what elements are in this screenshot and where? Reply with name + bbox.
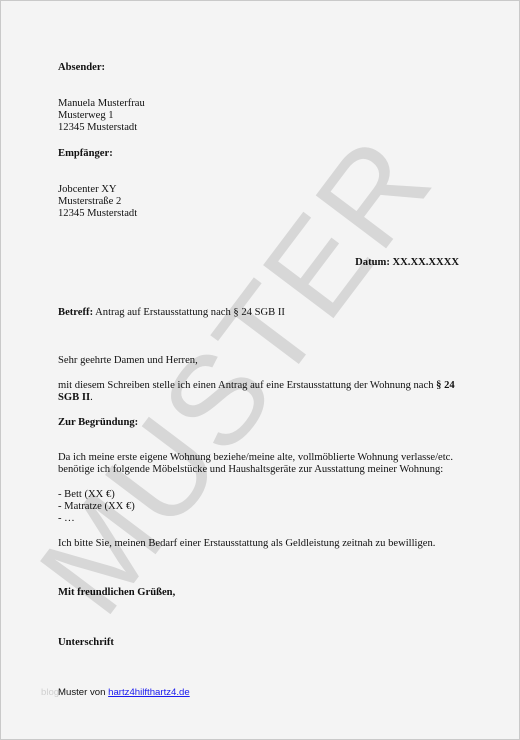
date-line: Datum: XX.XX.XXXX [355, 257, 459, 270]
sender-city: 12345 Musterstadt [58, 122, 137, 135]
sender-street: Musterweg 1 [58, 110, 114, 123]
intro-line-1: mit diesem Schreiben stelle ich einen An… [58, 380, 455, 393]
letter-page: MUSTER Absender: Manuela Musterfrau Must… [0, 0, 520, 740]
signature-label: Unterschrift [58, 637, 114, 650]
footer-credit: Muster von hartz4hilfthartz4.de [58, 687, 190, 700]
list-item: - Bett (XX €) [58, 489, 115, 502]
footer-prefix: Muster von [58, 687, 108, 698]
intro-line-2: SGB II. [58, 392, 93, 405]
reason-heading: Zur Begründung: [58, 417, 138, 430]
letter-content: Absender: Manuela Musterfrau Musterweg 1… [1, 1, 519, 739]
subject-line: Betreff: Antrag auf Erstausstattung nach… [58, 307, 285, 320]
list-item: - … [58, 513, 75, 526]
intro-text: mit diesem Schreiben stelle ich einen An… [58, 380, 436, 391]
reason-line-2: benötige ich folgende Möbelstücke und Ha… [58, 464, 443, 477]
intro-law-ref: SGB II [58, 392, 90, 403]
sender-label: Absender: [58, 62, 105, 75]
sender-name: Manuela Musterfrau [58, 98, 145, 111]
intro-period: . [90, 392, 93, 403]
reason-line-1: Da ich meine erste eigene Wohnung bezieh… [58, 452, 453, 465]
subject-label: Betreff: [58, 307, 93, 318]
recipient-label: Empfänger: [58, 148, 113, 161]
subject-text: Antrag auf Erstausstattung nach § 24 SGB… [93, 307, 285, 318]
source-link[interactable]: hartz4hilfthartz4.de [108, 687, 190, 698]
blog-watermark: blog [41, 687, 59, 700]
salutation: Sehr geehrte Damen und Herren, [58, 355, 198, 368]
request-text: Ich bitte Sie, meinen Bedarf einer Ersta… [58, 538, 435, 551]
list-item: - Matratze (XX €) [58, 501, 135, 514]
recipient-city: 12345 Musterstadt [58, 208, 137, 221]
recipient-name: Jobcenter XY [58, 184, 117, 197]
recipient-street: Musterstraße 2 [58, 196, 121, 209]
intro-paragraph-ref: § 24 [436, 380, 455, 391]
closing: Mit freundlichen Grüßen, [58, 587, 175, 600]
